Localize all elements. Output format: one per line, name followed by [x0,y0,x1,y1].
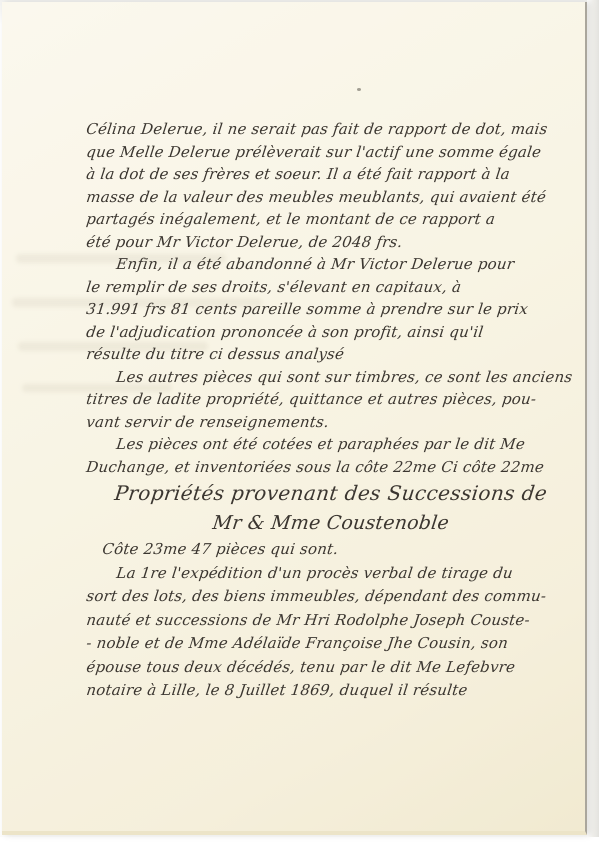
manuscript-line: titres de ladite propriété, quittance et… [85,388,576,411]
manuscript-line: - noble et de Mme Adélaïde Françoise Jhe… [85,632,576,656]
manuscript-line: masse de la valeur des meubles meublants… [85,186,576,209]
manuscript-line: été pour Mr Victor Delerue, de 2048 frs. [85,231,576,254]
manuscript-line: que Melle Delerue prélèverait sur l'acti… [85,141,576,164]
manuscript-line: La 1re l'expédition d'un procès verbal d… [85,562,576,586]
manuscript-line: de l'adjudication prononcée à son profit… [85,321,576,344]
manuscript-line: Célina Delerue, il ne serait pas fait de… [85,118,576,141]
scan-bottom-margin [0,837,599,849]
manuscript-line: à la dot de ses frères et soeur. Il a ét… [85,163,576,186]
scan-right-margin [587,0,599,849]
manuscript-line: Les autres pièces qui sont sur timbres, … [85,366,576,389]
manuscript-paragraph: La 1re l'expédition d'un procès verbal d… [85,562,573,703]
scanned-document-page: Célina Delerue, il ne serait pas fait de… [0,0,599,849]
manuscript-line: épouse tous deux décédés, tenu par le di… [85,656,576,680]
manuscript-line: notaire à Lille, le 8 Juillet 1869, duqu… [85,679,576,703]
manuscript-line: partagés inégalement, et le montant de c… [85,208,576,231]
manuscript-text-block: Célina Delerue, il ne serait pas fait de… [85,118,573,703]
manuscript-line: le remplir de ses droits, s'élevant en c… [85,276,576,299]
manuscript-line: Enfin, il a été abandonné à Mr Victor De… [85,253,576,276]
manuscript-line: sort des lots, des biens immeubles, dépe… [85,585,576,609]
section-heading: Propriétés provenant des Successions de [85,478,577,509]
manuscript-line: Les pièces ont été cotées et paraphées p… [85,433,576,456]
manuscript-line: résulte du titre ci dessus analysé [85,343,576,366]
manuscript-line: nauté et successions de Mr Hri Rodolphe … [85,609,576,633]
section-subheading: Mr & Mme Coustenoble [85,509,577,538]
manuscript-line: 31.991 frs 81 cents pareille somme à pre… [85,298,576,321]
manuscript-paper: Célina Delerue, il ne serait pas fait de… [2,2,587,835]
paper-speck [357,88,361,91]
manuscript-line: Duchange, et inventoriées sous la côte 2… [85,456,576,479]
manuscript-line: vant servir de renseignements. [85,411,576,434]
manuscript-line: Côte 23me 47 pièces qui sont. [85,538,576,562]
